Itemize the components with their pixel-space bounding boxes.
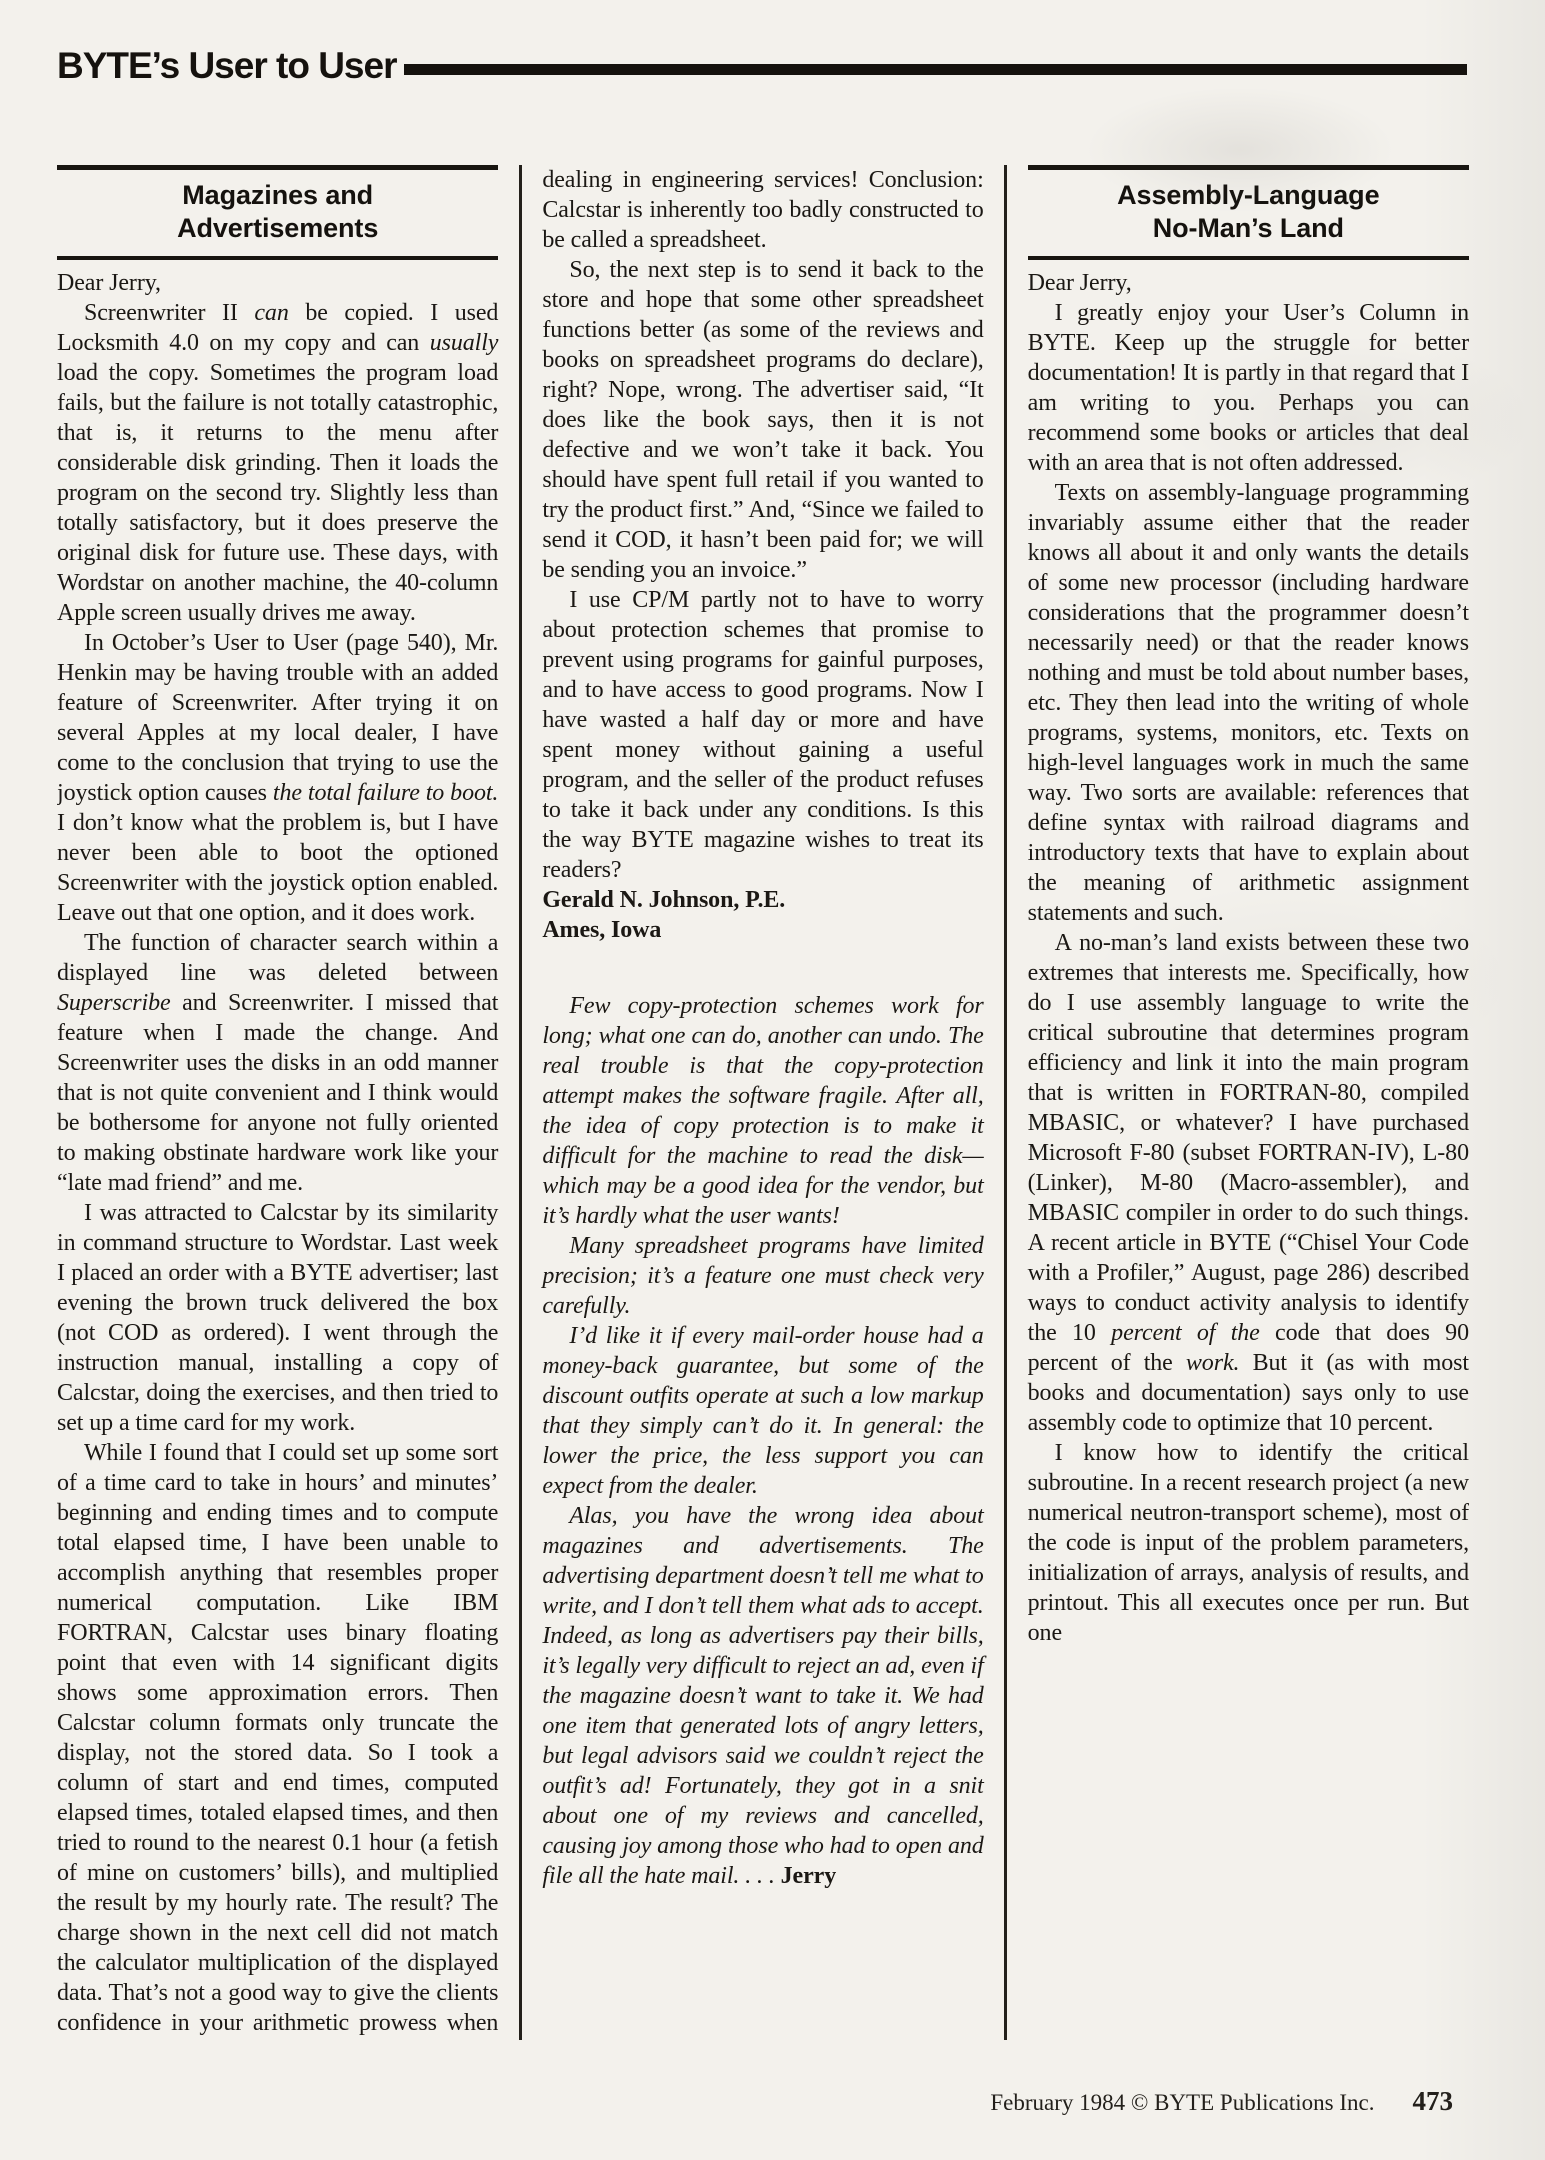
- editor-reply-paragraph: Alas, you have the wrong idea about maga…: [542, 1501, 983, 1891]
- letter-paragraph: I greatly enjoy your User’s Column in BY…: [1028, 298, 1469, 478]
- section-heading-assembly: Assembly-Language No-Man’s Land: [1028, 165, 1469, 260]
- letter-signature-location: Ames, Iowa: [542, 915, 983, 945]
- letter-paragraph: The function of character search within …: [57, 928, 498, 1198]
- page-number: 473: [1413, 2086, 1454, 2116]
- letter-paragraph: Texts on assembly-language programming i…: [1028, 478, 1469, 928]
- letter-paragraph: Screenwriter II can be copied. I used Lo…: [57, 298, 498, 628]
- letter-salutation: Dear Jerry,: [57, 268, 498, 298]
- letter-paragraph: A no-man’s land exists between these two…: [1028, 928, 1469, 1438]
- section-heading-magazines: Magazines and Advertisements: [57, 165, 498, 260]
- section-heading-line: Magazines and: [57, 179, 498, 212]
- article-text-columns: Magazines and Advertisements Dear Jerry,…: [57, 165, 1469, 2040]
- letter-salutation: Dear Jerry,: [1028, 268, 1469, 298]
- editor-reply-paragraph: Few copy-protection schemes work for lon…: [542, 991, 983, 1231]
- section-heading-line: Assembly-Language: [1028, 179, 1469, 212]
- page-header: BYTE’s User to User: [57, 46, 1467, 86]
- section-heading-line: No-Man’s Land: [1028, 212, 1469, 245]
- letter-paragraph: I was attracted to Calcstar by its simil…: [57, 1198, 498, 1438]
- letter-paragraph: So, the next step is to send it back to …: [542, 255, 983, 585]
- letter-paragraph: I know how to identify the critical subr…: [1028, 1438, 1469, 1648]
- magazine-page: BYTE’s User to User Magazines and Advert…: [0, 0, 1545, 2160]
- page-title: BYTE’s User to User: [57, 46, 396, 86]
- section-heading-line: Advertisements: [57, 212, 498, 245]
- page-footer: February 1984 © BYTE Publications Inc.47…: [990, 2086, 1453, 2117]
- letter-paragraph: In October’s User to User (page 540), Mr…: [57, 628, 498, 928]
- letter-paragraph: I use CP/M partly not to have to worry a…: [542, 585, 983, 885]
- header-rule: [404, 64, 1467, 75]
- editor-reply-paragraph: I’d like it if every mail-order house ha…: [542, 1321, 983, 1501]
- letter-signature-name: Gerald N. Johnson, P.E.: [542, 885, 983, 915]
- footer-credit: February 1984 © BYTE Publications Inc.: [990, 2090, 1374, 2115]
- editor-reply-paragraph: Many spreadsheet programs have limited p…: [542, 1231, 983, 1321]
